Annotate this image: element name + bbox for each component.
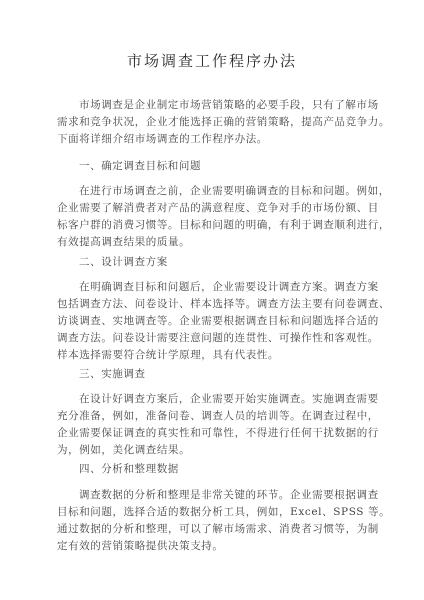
paragraph-line: 充分准备，例如，准备问卷、调查人员的培训等。在调查过程中， bbox=[57, 408, 370, 425]
section-heading-3: 三、实施调查 bbox=[79, 366, 146, 383]
section-paragraph-1: 在进行市场调查之前，企业需要明确调查的目标和问题。例如， 企业需要了解消费者对产… bbox=[57, 183, 370, 251]
paragraph-line: 为，例如，美化调查结果。 bbox=[57, 442, 370, 459]
section-paragraph-2: 在明确调查目标和问题后，企业需要设计调查方案。调查方案 包括调查方法、问卷设计、… bbox=[57, 279, 370, 364]
section-heading-1: 一、确定调查目标和问题 bbox=[79, 158, 201, 175]
section-paragraph-3: 在设计好调查方案后，企业需要开始实施调查。实施调查需要 充分准备，例如，准备问卷… bbox=[57, 391, 370, 459]
document-title: 市场调查工作程序办法 bbox=[0, 50, 424, 71]
paragraph-line: 样本选择需要符合统计学原理，具有代表性。 bbox=[57, 347, 370, 364]
paragraph-line: 在进行市场调查之前，企业需要明确调查的目标和问题。例如， bbox=[57, 183, 370, 200]
section-heading-4: 四、分析和整理数据 bbox=[79, 461, 179, 478]
intro-paragraph: 市场调查是企业制定市场营销策略的必要手段，只有了解市场 需求和竞争状况，企业才能… bbox=[57, 97, 370, 148]
section-heading-2: 二、设计调查方案 bbox=[79, 254, 168, 271]
paragraph-line: 目标和问题，选择合适的数据分析工具，例如，Excel、SPSS 等。 bbox=[57, 504, 370, 521]
paragraph-line: 需求和竞争状况，企业才能选择正确的营销策略，提高产品竞争力。 bbox=[57, 114, 370, 131]
section-paragraph-4: 调查数据的分析和整理是非常关键的环节。企业需要根据调查 目标和问题，选择合适的数… bbox=[57, 487, 370, 555]
paragraph-line: 企业需要了解消费者对产品的满意程度、竞争对手的市场份额、目 bbox=[57, 200, 370, 217]
paragraph-line: 标客户群的消费习惯等。目标和问题的明确，有利于调查顺利进行， bbox=[57, 217, 370, 234]
paragraph-line: 通过数据的分析和整理，可以了解市场需求、消费者习惯等，为制 bbox=[57, 521, 370, 538]
document-page: 市场调查工作程序办法 市场调查是企业制定市场营销策略的必要手段，只有了解市场 需… bbox=[0, 0, 424, 600]
paragraph-line: 定有效的营销策略提供决策支持。 bbox=[57, 538, 370, 555]
paragraph-line: 访谈调查、实地调查等。企业需要根据调查目标和问题选择合适的 bbox=[57, 313, 370, 330]
paragraph-line: 市场调查是企业制定市场营销策略的必要手段，只有了解市场 bbox=[57, 97, 370, 114]
paragraph-line: 有效提高调查结果的质量。 bbox=[57, 234, 370, 251]
paragraph-line: 企业需要保证调查的真实性和可靠性，不得进行任何干扰数据的行 bbox=[57, 425, 370, 442]
paragraph-line: 调查方法。问卷设计需要注意问题的连贯性、可操作性和客观性。 bbox=[57, 330, 370, 347]
paragraph-line: 包括调查方法、问卷设计、样本选择等。调查方法主要有问卷调查、 bbox=[57, 296, 370, 313]
paragraph-line: 下面将详细介绍市场调查的工作程序办法。 bbox=[57, 131, 370, 148]
paragraph-line: 在设计好调查方案后，企业需要开始实施调查。实施调查需要 bbox=[57, 391, 370, 408]
paragraph-line: 在明确调查目标和问题后，企业需要设计调查方案。调查方案 bbox=[57, 279, 370, 296]
paragraph-line: 调查数据的分析和整理是非常关键的环节。企业需要根据调查 bbox=[57, 487, 370, 504]
